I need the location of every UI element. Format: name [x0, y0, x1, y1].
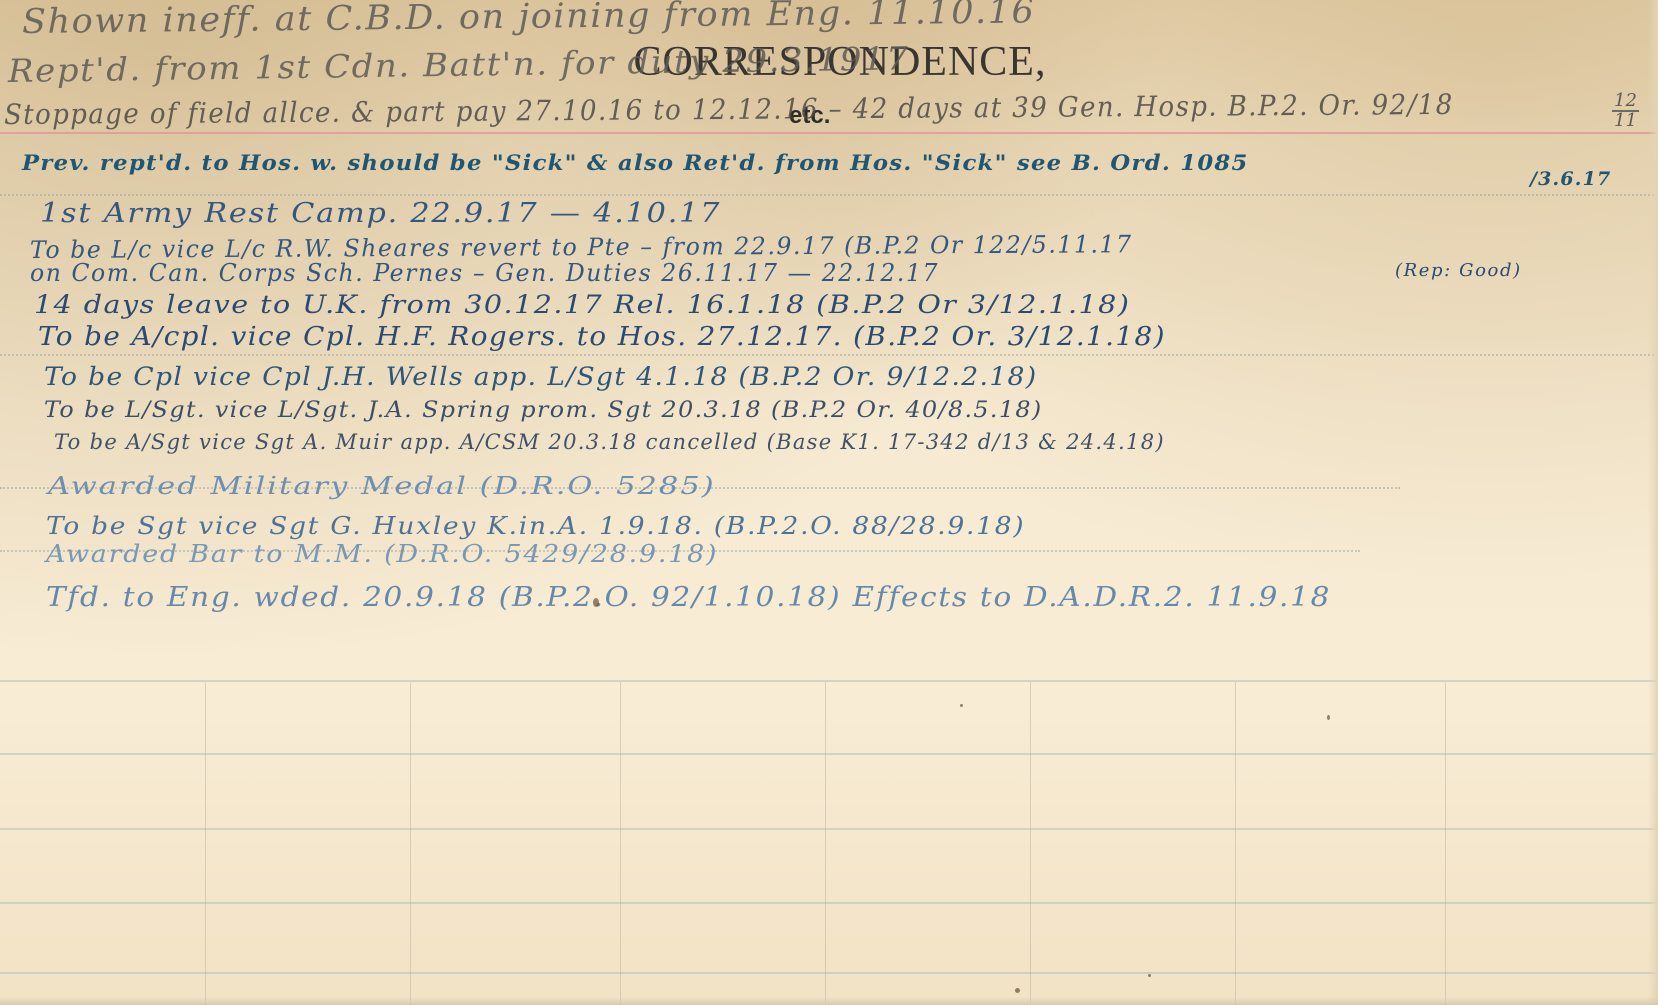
- ink-entry: on Com. Can. Corps Sch. Pernes – Gen. Du…: [30, 259, 939, 287]
- ink-entry-suffix: /3.6.17: [1530, 168, 1611, 190]
- fraction-denominator: 11: [1614, 110, 1637, 131]
- ink-entry: To be A/Sgt vice Sgt A. Muir app. A/CSM …: [54, 430, 1165, 454]
- grid-column-rule: [1235, 682, 1236, 1005]
- pencil-entry: Shown ineff. at C.B.D. on joining from E…: [22, 0, 1036, 42]
- ink-entry: Prev. rept'd. to Hos. w. should be "Sick…: [22, 150, 1249, 175]
- grid-column-rule: [205, 682, 206, 1005]
- ink-entry: To be Cpl vice Cpl J.H. Wells app. L/Sgt…: [44, 362, 1038, 391]
- paper-spot: [1327, 715, 1330, 720]
- ink-entry: To be A/cpl. vice Cpl. H.F. Rogers. to H…: [38, 322, 1166, 352]
- paper-spot: [593, 598, 599, 607]
- grid-rule: [0, 902, 1658, 904]
- grid-column-rule: [825, 682, 826, 1005]
- pencil-entry: Stoppage of field allce. & part pay 27.1…: [4, 88, 1454, 131]
- grid-column-rule: [410, 682, 411, 1005]
- pencil-fraction: 12 11: [1612, 92, 1639, 130]
- paper-spot: [1148, 974, 1151, 977]
- grid-rule: [0, 828, 1658, 830]
- ink-entry: Awarded Military Medal (D.R.O. 5285): [48, 472, 716, 500]
- grid-column-rule: [1030, 682, 1031, 1005]
- grid-column-rule: [1445, 682, 1446, 1005]
- paper-spot: [960, 704, 963, 707]
- dotted-rule: [0, 194, 1658, 196]
- ink-entry: To be Sgt vice Sgt G. Huxley K.in.A. 1.9…: [46, 512, 1025, 540]
- correspondence-card: CORRESPONDENCE, etc. Shown ineff. at C.B…: [0, 0, 1658, 1005]
- ink-entry: 1st Army Rest Camp. 22.9.17 — 4.10.17: [40, 198, 721, 229]
- grid-rule: [0, 753, 1658, 755]
- card-edge: [1648, 0, 1658, 1005]
- ink-entry-note: (Rep: Good): [1395, 260, 1522, 281]
- ink-entry: Awarded Bar to M.M. (D.R.O. 5429/28.9.18…: [46, 540, 718, 568]
- fraction-numerator: 12: [1612, 92, 1639, 112]
- red-header-rule: [0, 132, 1658, 134]
- grid-rule: [0, 680, 1658, 682]
- dotted-rule: [0, 354, 1658, 356]
- ink-entry: 14 days leave to U.K. from 30.12.17 Rel.…: [34, 290, 1130, 319]
- paper-spot: [1015, 988, 1020, 993]
- grid-rule: [0, 972, 1658, 974]
- ink-entry: To be L/Sgt. vice L/Sgt. J.A. Spring pro…: [44, 398, 1043, 423]
- grid-column-rule: [620, 682, 621, 1005]
- ink-entry: Tfd. to Eng. wded. 20.9.18 (B.P.2.O. 92/…: [46, 582, 1331, 613]
